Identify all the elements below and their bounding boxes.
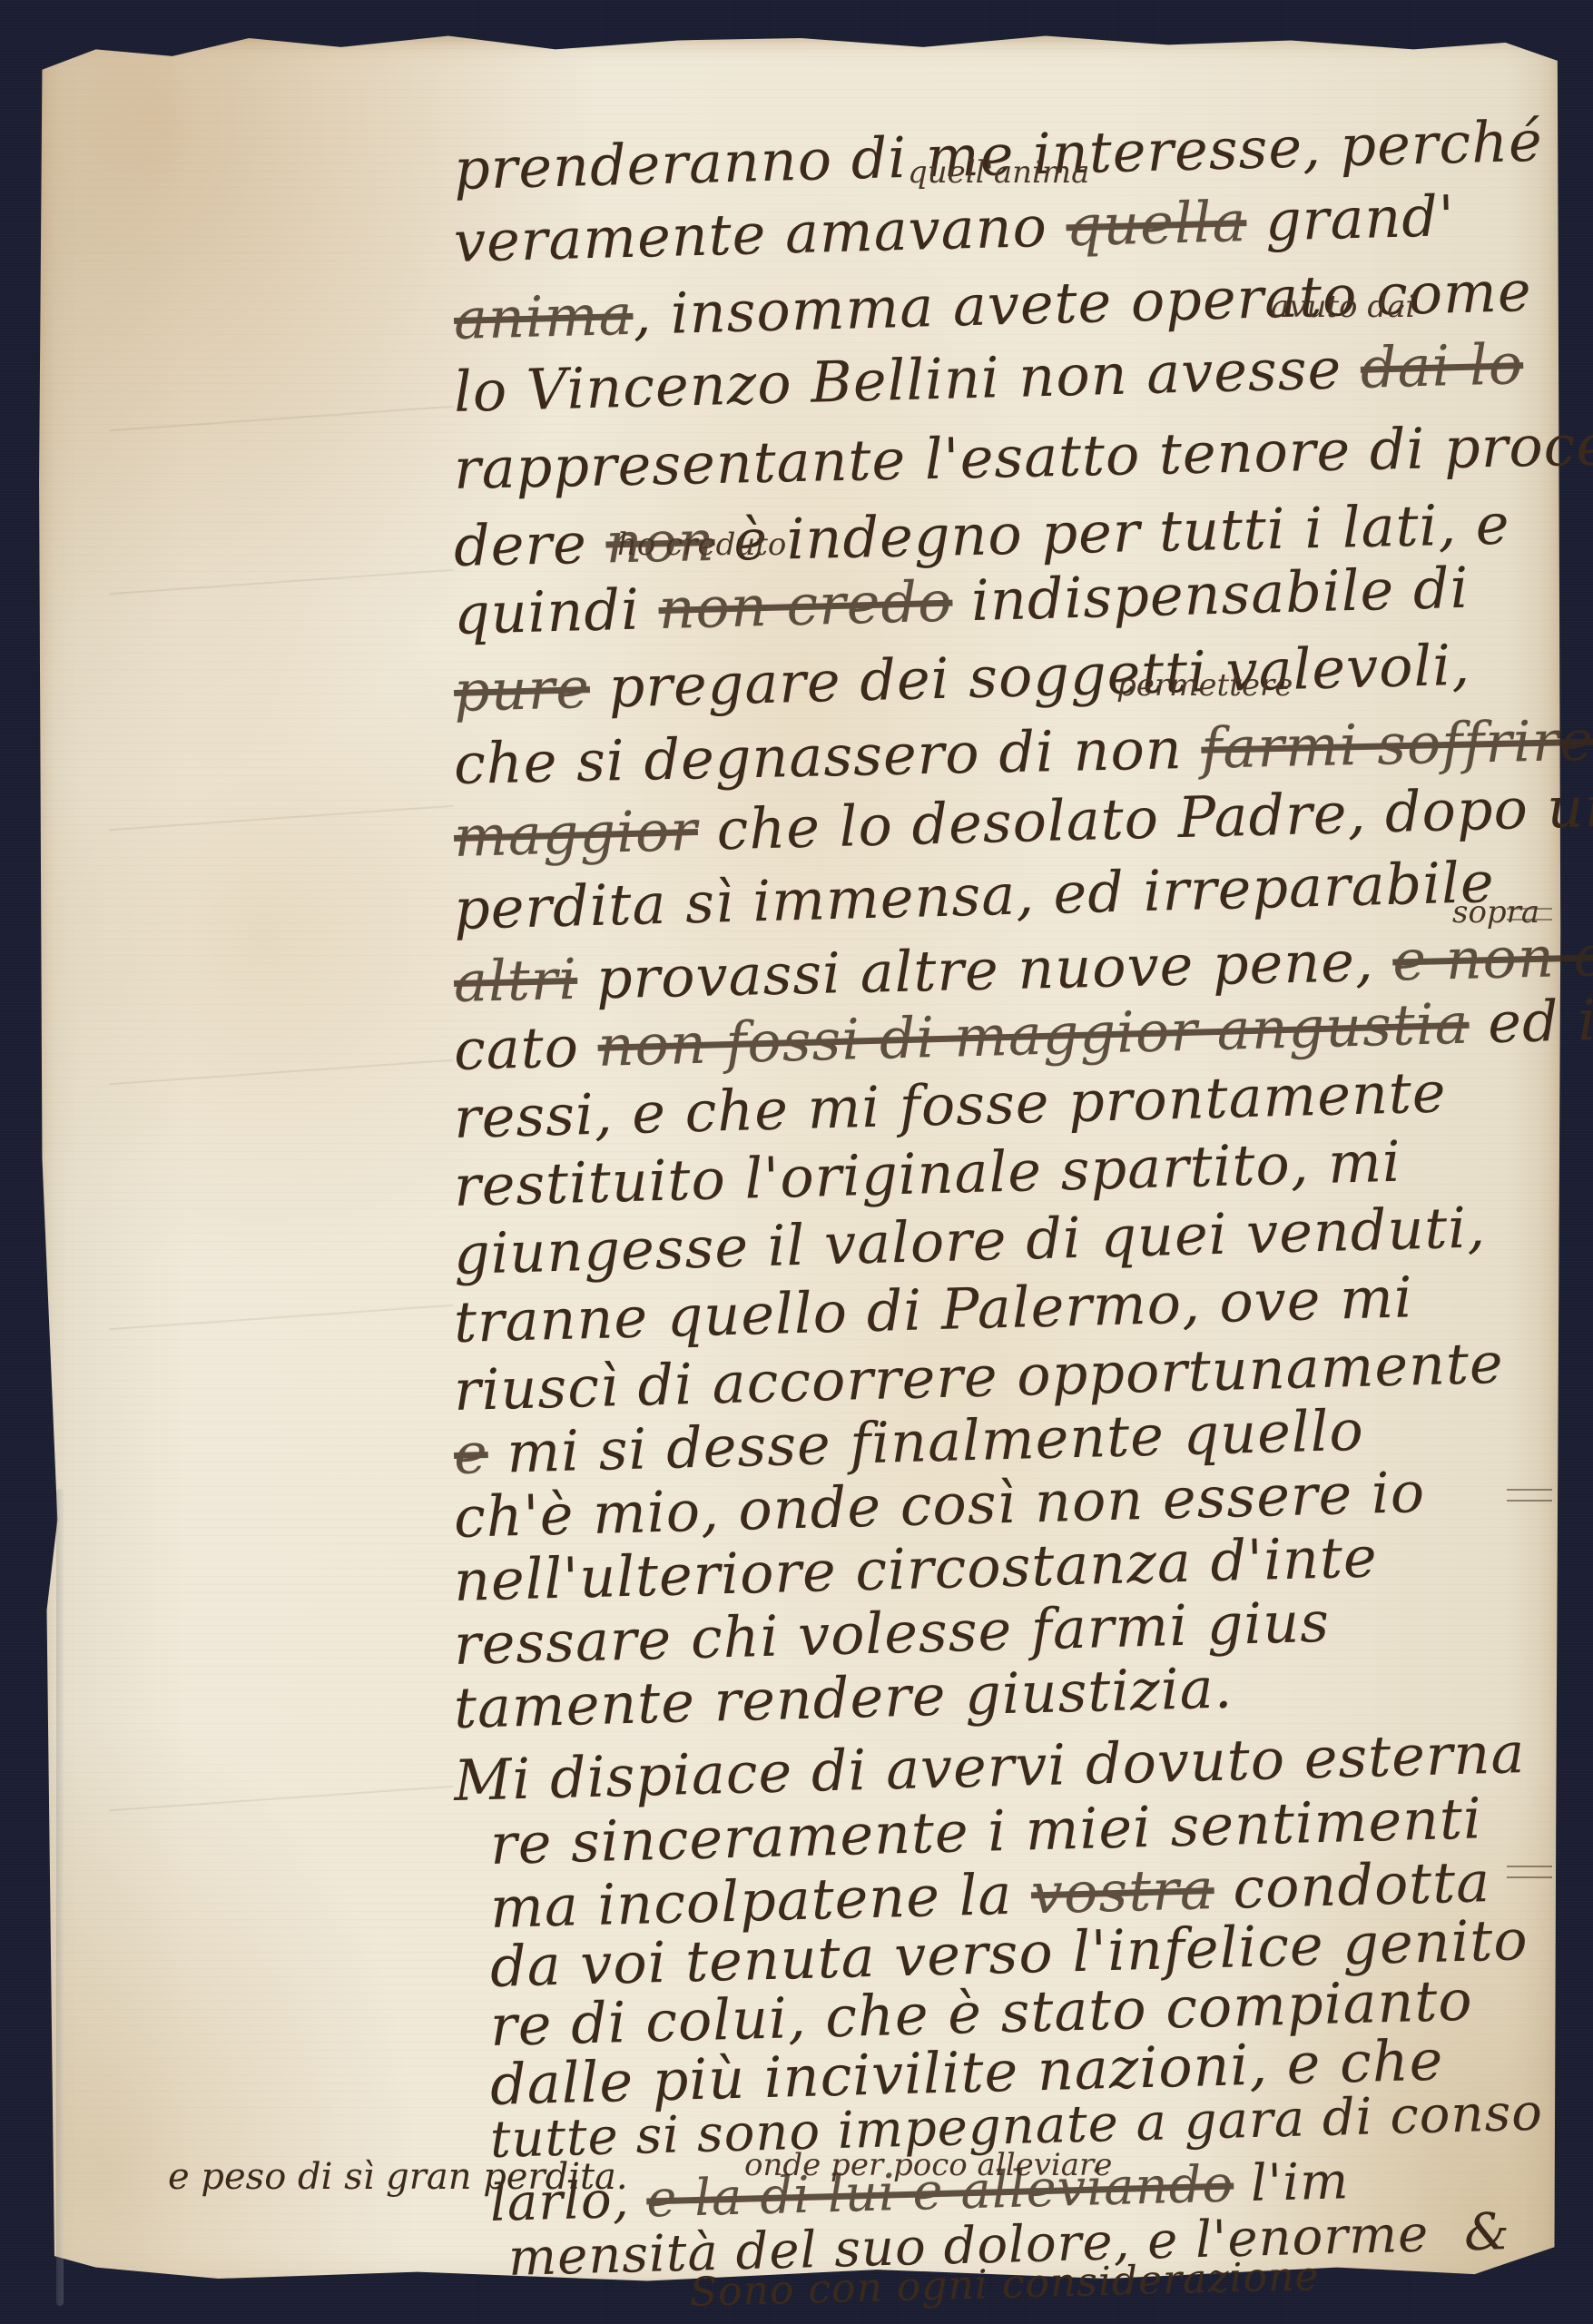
insertion-mark	[1507, 919, 1552, 921]
insertion-mark	[1507, 1500, 1552, 1502]
insertion-mark	[1507, 1876, 1552, 1878]
insertion-mark	[1507, 1866, 1552, 1867]
ampersand-mark: &	[1463, 2202, 1511, 2262]
interlinear-insertion: ho creduto	[617, 527, 786, 563]
line-text: ed inte	[1469, 984, 1593, 1056]
interlinear-insertion: permettere	[1116, 667, 1293, 704]
margin-note: e peso di sì gran perdita.	[168, 2156, 628, 2198]
interlinear-insertion: quell'anima	[908, 154, 1089, 191]
paper-fold-edge	[56, 1489, 64, 2306]
insertion-mark	[1507, 908, 1552, 910]
struck-text: maggior	[453, 797, 699, 870]
struck-text: e	[453, 1420, 489, 1487]
line-text: quindi	[453, 576, 659, 647]
line-text: grand'	[1245, 182, 1456, 254]
insertion-mark	[1507, 1489, 1552, 1491]
struck-text: farmi soffrire	[1201, 707, 1593, 782]
struck-text: non credo	[658, 568, 954, 642]
line-text: l'im	[1233, 2152, 1350, 2213]
line-text: cato	[453, 1013, 598, 1083]
struck-text: e non così	[1391, 921, 1593, 993]
struck-text: altri	[453, 946, 578, 1015]
struck-text: pure	[453, 655, 591, 724]
line-text: dere	[453, 510, 606, 579]
interlinear-insertion: avuto dai	[1271, 289, 1415, 325]
struck-text: quella	[1066, 188, 1248, 259]
line-text: indispensabile di	[951, 555, 1470, 635]
struck-text: anima	[453, 281, 634, 352]
struck-text: dai lo	[1360, 330, 1524, 401]
